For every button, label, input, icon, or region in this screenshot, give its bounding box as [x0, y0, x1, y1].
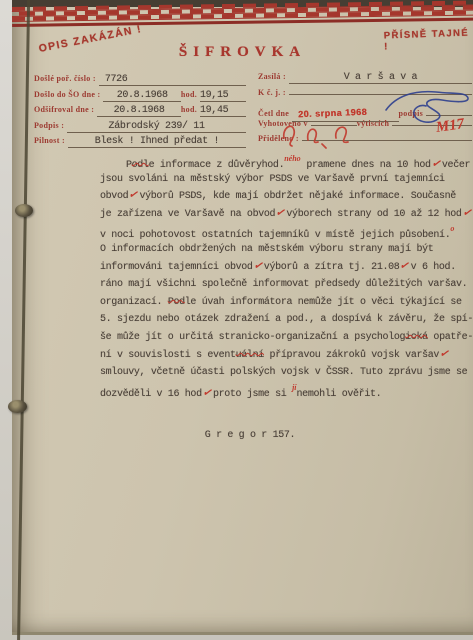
- body-line: ní v souvislosti s eventuální přípravou …: [100, 344, 473, 362]
- form-row: Podpis :Zábrodský 239/ 11: [34, 121, 246, 137]
- field-value: Zábrodský 239/ 11: [67, 121, 246, 133]
- typewritten-text: obvod: [100, 191, 128, 202]
- red-date-stamp: 20. srpna 1968: [298, 107, 367, 119]
- field-label: Pilnost :: [34, 136, 68, 145]
- binding-screw: [15, 204, 33, 217]
- field-value: Blesk ! Ihned předat !: [68, 136, 246, 148]
- field-suffix-label: hod.: [181, 105, 200, 114]
- typewritten-text: še může jít o určitá stranicko-organizač…: [100, 332, 405, 343]
- red-corrected-text: ická: [405, 332, 428, 343]
- typewritten-text: je zařízena ve Varšavě na obvod: [100, 209, 275, 220]
- body-line: smlouvy, včetně účasti polských vojsk v …: [100, 361, 473, 379]
- body-line: Podle informace z důvěryhod.ného pramene…: [100, 150, 473, 168]
- typewritten-text: proto jsme si: [213, 389, 292, 400]
- body-line: obvod✓výborů PSDS, kde mají obdržet něja…: [100, 185, 473, 203]
- ref-value: [289, 94, 472, 95]
- copies-count-line: [311, 125, 357, 126]
- field-value-2: 19,15: [200, 90, 246, 102]
- document-page: OPIS ZAKÁZÁN ! PŘÍSNĚ TAJNÉ ! ŠIFROVKA D…: [12, 0, 473, 635]
- body-line: informováni tajemníci obvod✓výborů a zít…: [100, 256, 473, 274]
- typewritten-text: O informacích obdržených na městském výb…: [100, 244, 433, 255]
- assigned-line: [302, 140, 472, 141]
- red-annotation: o: [450, 224, 454, 233]
- field-label: Došlo do ŠO dne :: [34, 90, 103, 99]
- typewritten-text: výborů a zítra tj. 21.08: [264, 262, 400, 273]
- copies-suffix: výtiscích: [357, 119, 392, 128]
- body-text: Podle informace z důvěryhod.ného pramene…: [100, 150, 473, 396]
- field-value-2: 19,45: [200, 105, 246, 117]
- body-line: v noci pohotovost ostatních tajemníků v …: [100, 220, 473, 238]
- typewritten-text: ráno mají všichni společně informovat př…: [100, 279, 467, 290]
- sender-label: Zasílá :: [258, 72, 289, 81]
- typewritten-text: organizací.: [100, 297, 168, 308]
- field-label: Odšifroval dne :: [34, 105, 97, 114]
- field-suffix-label: hod.: [181, 90, 200, 99]
- typewritten-text: dozvěděli v 16 hod: [100, 389, 202, 400]
- typewritten-text: 5. sjezdu nebo otázek zdražení a pod., a…: [100, 314, 473, 325]
- typewritten-text: smlouvy, včetně účasti polských vojsk v …: [100, 367, 467, 378]
- body-line: jsou svoláni na městský výbor PSDS ve Va…: [100, 168, 473, 186]
- copies-label: Vyhotoveno v: [258, 119, 311, 128]
- body-line: še může jít o určitá stranicko-organizač…: [100, 326, 473, 344]
- typewritten-text: le úvah informátora nemůže jít o věci tý…: [185, 297, 462, 308]
- form-row: Došlé poř. číslo :7726: [34, 74, 246, 90]
- typewritten-text: ní v souvislosti s event: [100, 350, 236, 361]
- body-line: dozvěděli v 16 hod✓proto jsme si jínemoh…: [100, 379, 473, 397]
- field-value: 7726: [99, 74, 246, 86]
- typewritten-text: opatře-: [428, 332, 473, 343]
- form-row-read: Četl dne 20. srpna 1968 podpis: [258, 103, 472, 119]
- typewritten-text: informováni tajemníci obvod: [100, 262, 253, 273]
- form-row-ref: K č. j. :: [258, 88, 472, 104]
- body-line: je zařízena ve Varšavě na obvod✓výborech…: [100, 203, 473, 221]
- body-line: ráno mají všichni společně informovat př…: [100, 273, 473, 291]
- form-row: Došlo do ŠO dne :20.8.1968hod.19,15: [34, 90, 246, 106]
- typewritten-text: večer: [442, 160, 470, 171]
- typewritten-text: v 6 hod.: [411, 262, 456, 273]
- typewritten-text: jsou svoláni na městský výbor PSDS ve Va…: [100, 174, 445, 185]
- field-value: 20.8.1968: [103, 90, 180, 102]
- form-row: Odšifroval dne :20.8.1968hod.19,45: [34, 105, 246, 121]
- signature-label: podpis: [399, 109, 426, 118]
- page-title: ŠIFROVKA: [12, 44, 473, 61]
- form-row-sender: Zasílá : V a r š a v a: [258, 72, 472, 88]
- sender-signature: G r e g o r 157.: [100, 430, 400, 441]
- red-corrected-text: Pod: [168, 297, 185, 308]
- read-label: Četl dne: [258, 109, 292, 118]
- field-label: Podpis :: [34, 121, 67, 130]
- red-check-mark: ✓: [460, 204, 473, 222]
- form-left-rows: Došlé poř. číslo :7726Došlo do ŠO dne :2…: [34, 74, 246, 152]
- sender-value: V a r š a v a: [289, 72, 472, 84]
- scanned-document-photo: OPIS ZAKÁZÁN ! PŘÍSNĚ TAJNÉ ! ŠIFROVKA D…: [0, 0, 473, 640]
- red-corrected-text: uální: [236, 350, 264, 361]
- field-label: Došlé poř. číslo :: [34, 74, 99, 83]
- binding-screw: [8, 400, 27, 413]
- signature-line: [426, 115, 472, 116]
- red-annotation: ného: [284, 154, 300, 163]
- ref-label: K č. j. :: [258, 88, 289, 97]
- typewritten-text: výborů PSDS, kde mají obdržet nějaké inf…: [139, 191, 455, 202]
- field-value: 20.8.1968: [97, 105, 181, 117]
- typewritten-text: výborech strany od 10 až 12 hod: [286, 209, 461, 220]
- form-row-assigned: Přiděleno :: [258, 134, 472, 150]
- typewritten-text: přípravou zákroků vojsk varšav: [264, 350, 439, 361]
- body-line: organizací. Podle úvah informátora nemůž…: [100, 291, 473, 309]
- typewritten-text: nemohli ověřit.: [297, 389, 382, 400]
- body-line: 5. sjezdu nebo otázek zdražení a pod., a…: [100, 308, 473, 326]
- body-line: O informacích obdržených na městském výb…: [100, 238, 473, 256]
- form-right: Zasílá : V a r š a v a K č. j. : Četl dn…: [258, 72, 472, 150]
- assigned-label: Přiděleno :: [258, 134, 302, 143]
